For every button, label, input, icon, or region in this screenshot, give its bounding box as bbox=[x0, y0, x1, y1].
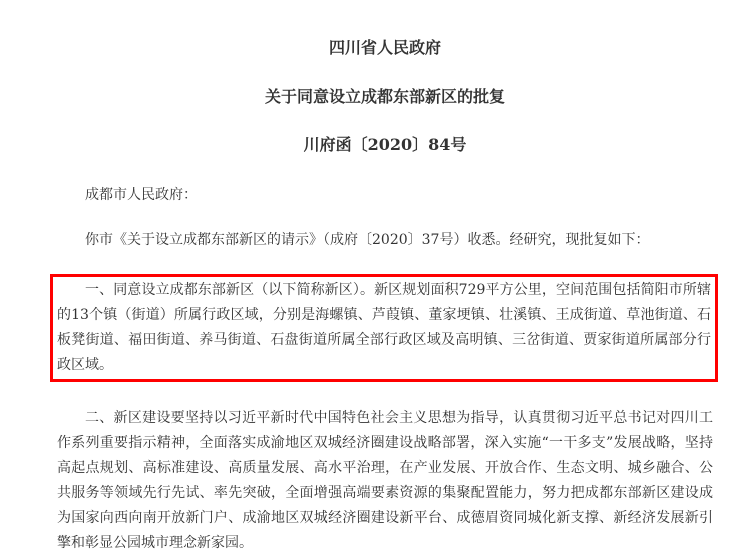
item2-paragraph: 二、新区建设要坚持以习近平新时代中国特色社会主义思想为指导，认真贯彻习近平总书记… bbox=[57, 406, 713, 555]
document-title: 关于同意设立成都东部新区的批复 bbox=[57, 87, 713, 107]
item1-paragraph: 一、同意设立成都东部新区（以下简称新区）。新区规划面积729平方公里，空间范围包… bbox=[57, 278, 711, 378]
document-number: 川府函〔2020〕84号 bbox=[57, 135, 713, 155]
document-page: 四川省人民政府 关于同意设立成都东部新区的批复 川府函〔2020〕84号 成都市… bbox=[0, 0, 743, 555]
issuing-authority-title: 四川省人民政府 bbox=[57, 38, 713, 58]
salutation: 成都市人民政府： bbox=[57, 183, 713, 208]
red-highlight-box: 一、同意设立成都东部新区（以下简称新区）。新区规划面积729平方公里，空间范围包… bbox=[50, 274, 718, 382]
intro-paragraph: 你市《关于设立成都东部新区的请示》（成府〔2020〕37号）收悉。经研究，现批复… bbox=[57, 228, 713, 253]
